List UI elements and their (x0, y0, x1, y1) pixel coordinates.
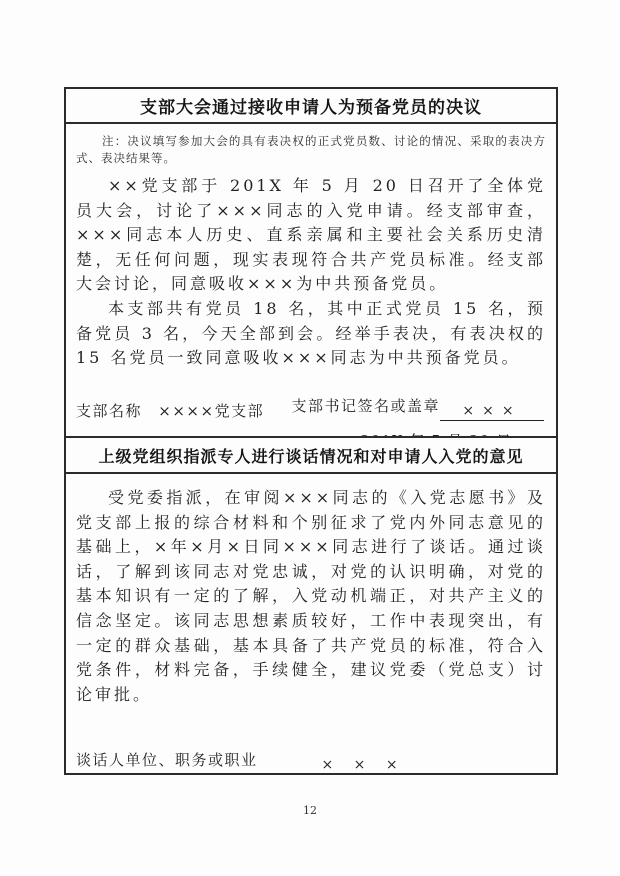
section2-body: 受党委指派，在审阅×××同志的《入党志愿书》及党支部上报的综合材料和个别征求了党… (66, 474, 556, 773)
section1-paragraph-1: ××党支部于 201X 年 5 月 20 日召开了全体党员大会，讨论了×××同志… (76, 174, 546, 297)
section1-body: 注：决议填写参加大会的具有表决权的正式党员数、讨论的情况、采取的表决方式、表决结… (66, 124, 556, 436)
branch-name-label: 支部名称 (76, 402, 142, 420)
secretary-signature-group: 支部书记签名或盖章××× (291, 395, 544, 421)
document-page: 支部大会通过接收申请人为预备党员的决议 注：决议填写参加大会的具有表决权的正式党… (0, 0, 620, 876)
interviewer-label: 谈话人单位、职务或职业 (76, 751, 258, 769)
interviewer-row: 谈话人单位、职务或职业× × × (76, 749, 546, 773)
section1-paragraph-2: 本支部共有党员 18 名，其中正式党员 15 名，预备党员 3 名，今天全部到会… (76, 297, 546, 371)
section2-title: 上级党组织指派专人进行谈话情况和对申请人入党的意见 (66, 436, 556, 474)
section1-title: 支部大会通过接收申请人为预备党员的决议 (66, 89, 556, 124)
page-number: 12 (0, 804, 620, 817)
interviewer-blank: × × × (258, 757, 470, 773)
secretary-signature-blank: ××× (440, 403, 544, 421)
resolution-form-box: 支部大会通过接收申请人为预备党员的决议 注：决议填写参加大会的具有表决权的正式党… (64, 87, 558, 775)
section2-paragraph: 受党委指派，在审阅×××同志的《入党志愿书》及党支部上报的综合材料和个别征求了党… (76, 486, 546, 707)
branch-name-group: 支部名称 ××××党支部 (76, 400, 264, 421)
secretary-signature-label: 支部书记签名或盖章 (291, 397, 440, 415)
branch-name-value: ××××党支部 (158, 402, 264, 420)
section1-signature-row: 支部名称 ××××党支部 支部书记签名或盖章××× (76, 395, 546, 421)
section1-note: 注：决议填写参加大会的具有表决权的正式党员数、讨论的情况、采取的表决方式、表决结… (76, 133, 546, 167)
